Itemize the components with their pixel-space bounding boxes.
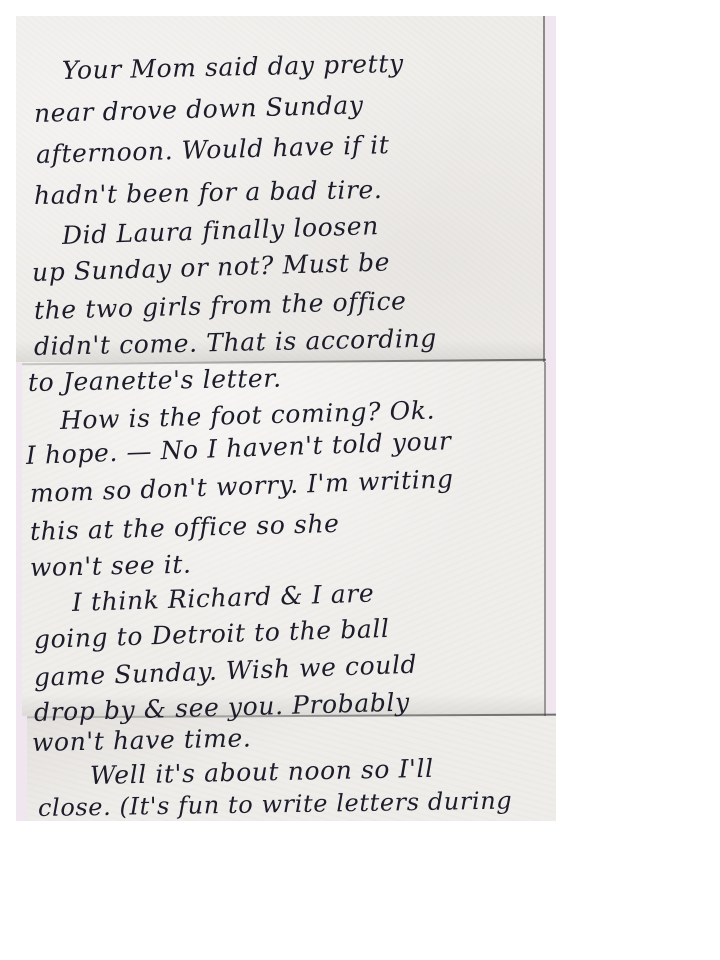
letter-line: mom so don't worry. I'm writing [29, 464, 454, 508]
letter-line: drop by & see you. Probably [34, 688, 410, 727]
letter-line: won't have time. [32, 723, 252, 757]
letter-line: close. (It's fun to write letters during [38, 787, 513, 822]
letter-line: hadn't been for a bad tire. [34, 175, 383, 210]
scanned-letter: Your Mom said day pretty near drove down… [16, 16, 556, 821]
letter-line: near drove down Sunday [34, 90, 364, 128]
letter-line: this at the office so she [30, 509, 340, 546]
letter-line: the two girls from the office [34, 286, 407, 325]
letter-line: didn't come. That is according [34, 324, 437, 361]
letter-line: going to Detroit to the ball [34, 614, 390, 654]
letter-line: Well it's about noon so I'll [90, 754, 434, 790]
letter-line: afternoon. Would have if it [36, 130, 390, 169]
letter-body: Your Mom said day pretty near drove down… [16, 16, 556, 821]
letter-line: game Sunday. Wish we could [33, 650, 417, 692]
letter-line: won't see it. [30, 550, 192, 582]
letter-line: Did Laura finally loosen [62, 211, 380, 250]
letter-line: Your Mom said day pretty [62, 49, 404, 85]
letter-line: to Jeanette's letter. [28, 364, 282, 397]
letter-line: I think Richard & I are [72, 579, 375, 617]
letter-line: up Sunday or not? Must be [32, 247, 391, 287]
